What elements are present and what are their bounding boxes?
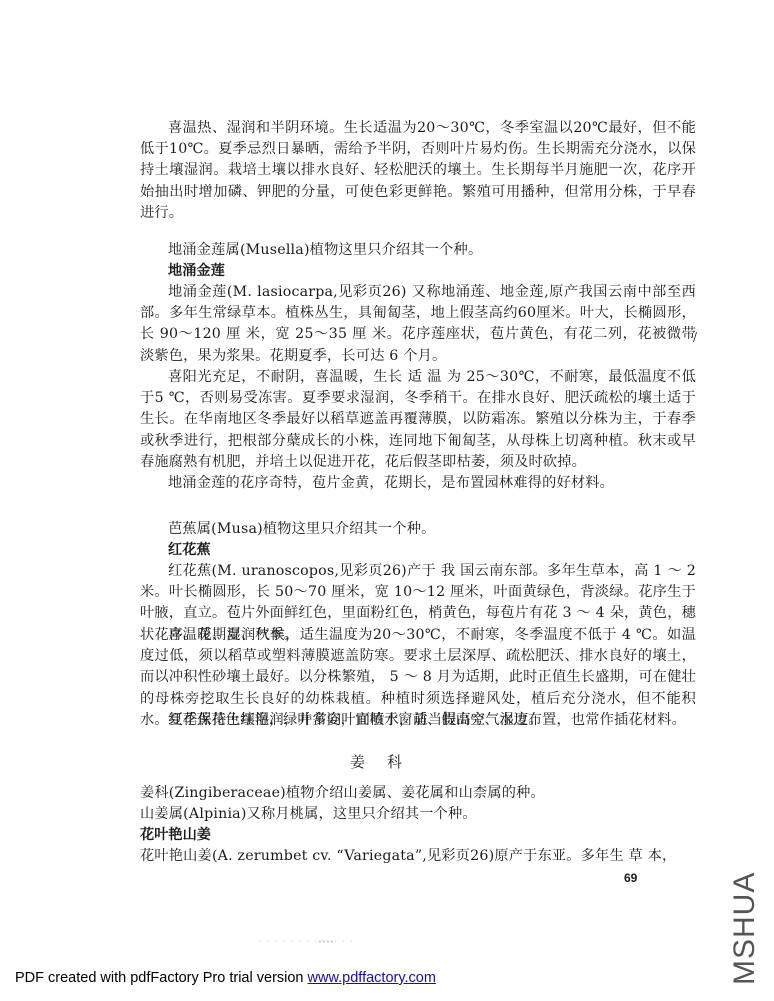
scan-artifact: · · · · · · · ·≈≈≈≈· · ·	[258, 939, 354, 945]
document-page: 喜温热、湿润和半阴环境。生长适温为20～30℃，冬季室温以20℃最好，但不能低于…	[0, 0, 774, 1001]
footer-text: PDF created with pdfFactory Pro trial ve…	[15, 970, 308, 986]
heading-alpinia-zerumbet: 花叶艳山姜	[140, 825, 211, 846]
pdf-footer: PDF created with pdfFactory Pro trial ve…	[15, 970, 436, 986]
heading-musa-uranoscopos: 红花蕉	[168, 540, 211, 561]
heading-musella-lasiocarpa: 地涌金莲	[168, 261, 225, 282]
stray-mark: /	[693, 330, 697, 344]
paragraph-musa-use: 红花蕉花色红艳，绿叶多姿，宜植于窗前、假山旁、水边布置，也常作插花材料。	[140, 710, 696, 731]
paragraph-zingiberaceae-intro: 姜科(Zingiberaceae)植物介绍山姜属、姜花属和山柰属的种。	[140, 783, 696, 804]
pdffactory-link[interactable]: www.pdffactory.com	[308, 970, 436, 986]
paragraph-alpinia-description: 花叶艳山姜(A. zerumbet cv. “Variegata”,见彩页26)…	[140, 846, 696, 867]
page-number: 69	[624, 871, 637, 885]
section-title-zingiberaceae: 姜科	[0, 751, 774, 772]
paragraph-musella-cultivation: 喜阳光充足，不耐阴，喜温暖，生长 适 温 为 25～30℃，不耐寒，最低温度不低…	[140, 367, 696, 473]
paragraph-musella-genus: 地涌金莲属(Musella)植物这里只介绍其一个种。	[140, 240, 696, 261]
paragraph-musella-description: 地涌金莲(M. lasiocarpa,见彩页26) 又称地涌莲、地金莲,原产我国…	[140, 282, 696, 367]
watermark: MSHUA	[728, 872, 762, 985]
paragraph-musella-use: 地涌金莲的花序奇特，苞片金黄，花期长，是布置园林难得的好材料。	[140, 473, 696, 494]
paragraph-culture-intro: 喜温热、湿润和半阴环境。生长适温为20～30℃，冬季室温以20℃最好，但不能低于…	[140, 118, 696, 224]
paragraph-musa-genus: 芭蕉属(Musa)植物这里只介绍其一个种。	[140, 519, 696, 540]
paragraph-alpinia-genus: 山姜属(Alpinia)又称月桃属，这里只介绍其一个种。	[140, 804, 696, 825]
